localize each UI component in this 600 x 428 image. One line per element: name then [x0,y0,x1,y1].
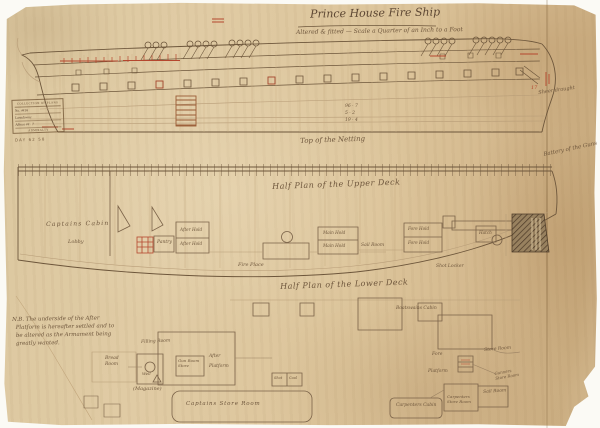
bow-hatched-block [512,214,549,252]
upper-deck-plan [18,167,557,277]
upper-deck-compartments [110,171,514,259]
sheer-plan [17,38,555,132]
lower-deck-plan [16,296,520,422]
scanned-ship-plan: Prince House Fire Ship Altered & fitted … [0,0,600,428]
title-underline [298,25,436,27]
upper-deck-stations [45,171,535,268]
stamp-footer: ADMIRALTY [15,127,61,133]
red-annotations-sheer [42,19,549,129]
archive-stamp: COLLECTION OF PLANS No. 4416 Lansdowne A… [11,98,64,134]
ship-drawing [0,0,600,428]
companion-ladder [176,96,196,126]
timberheads [141,37,511,60]
stamp-date: DAY 62 58 [15,136,46,142]
red-hatch-box [137,237,153,253]
